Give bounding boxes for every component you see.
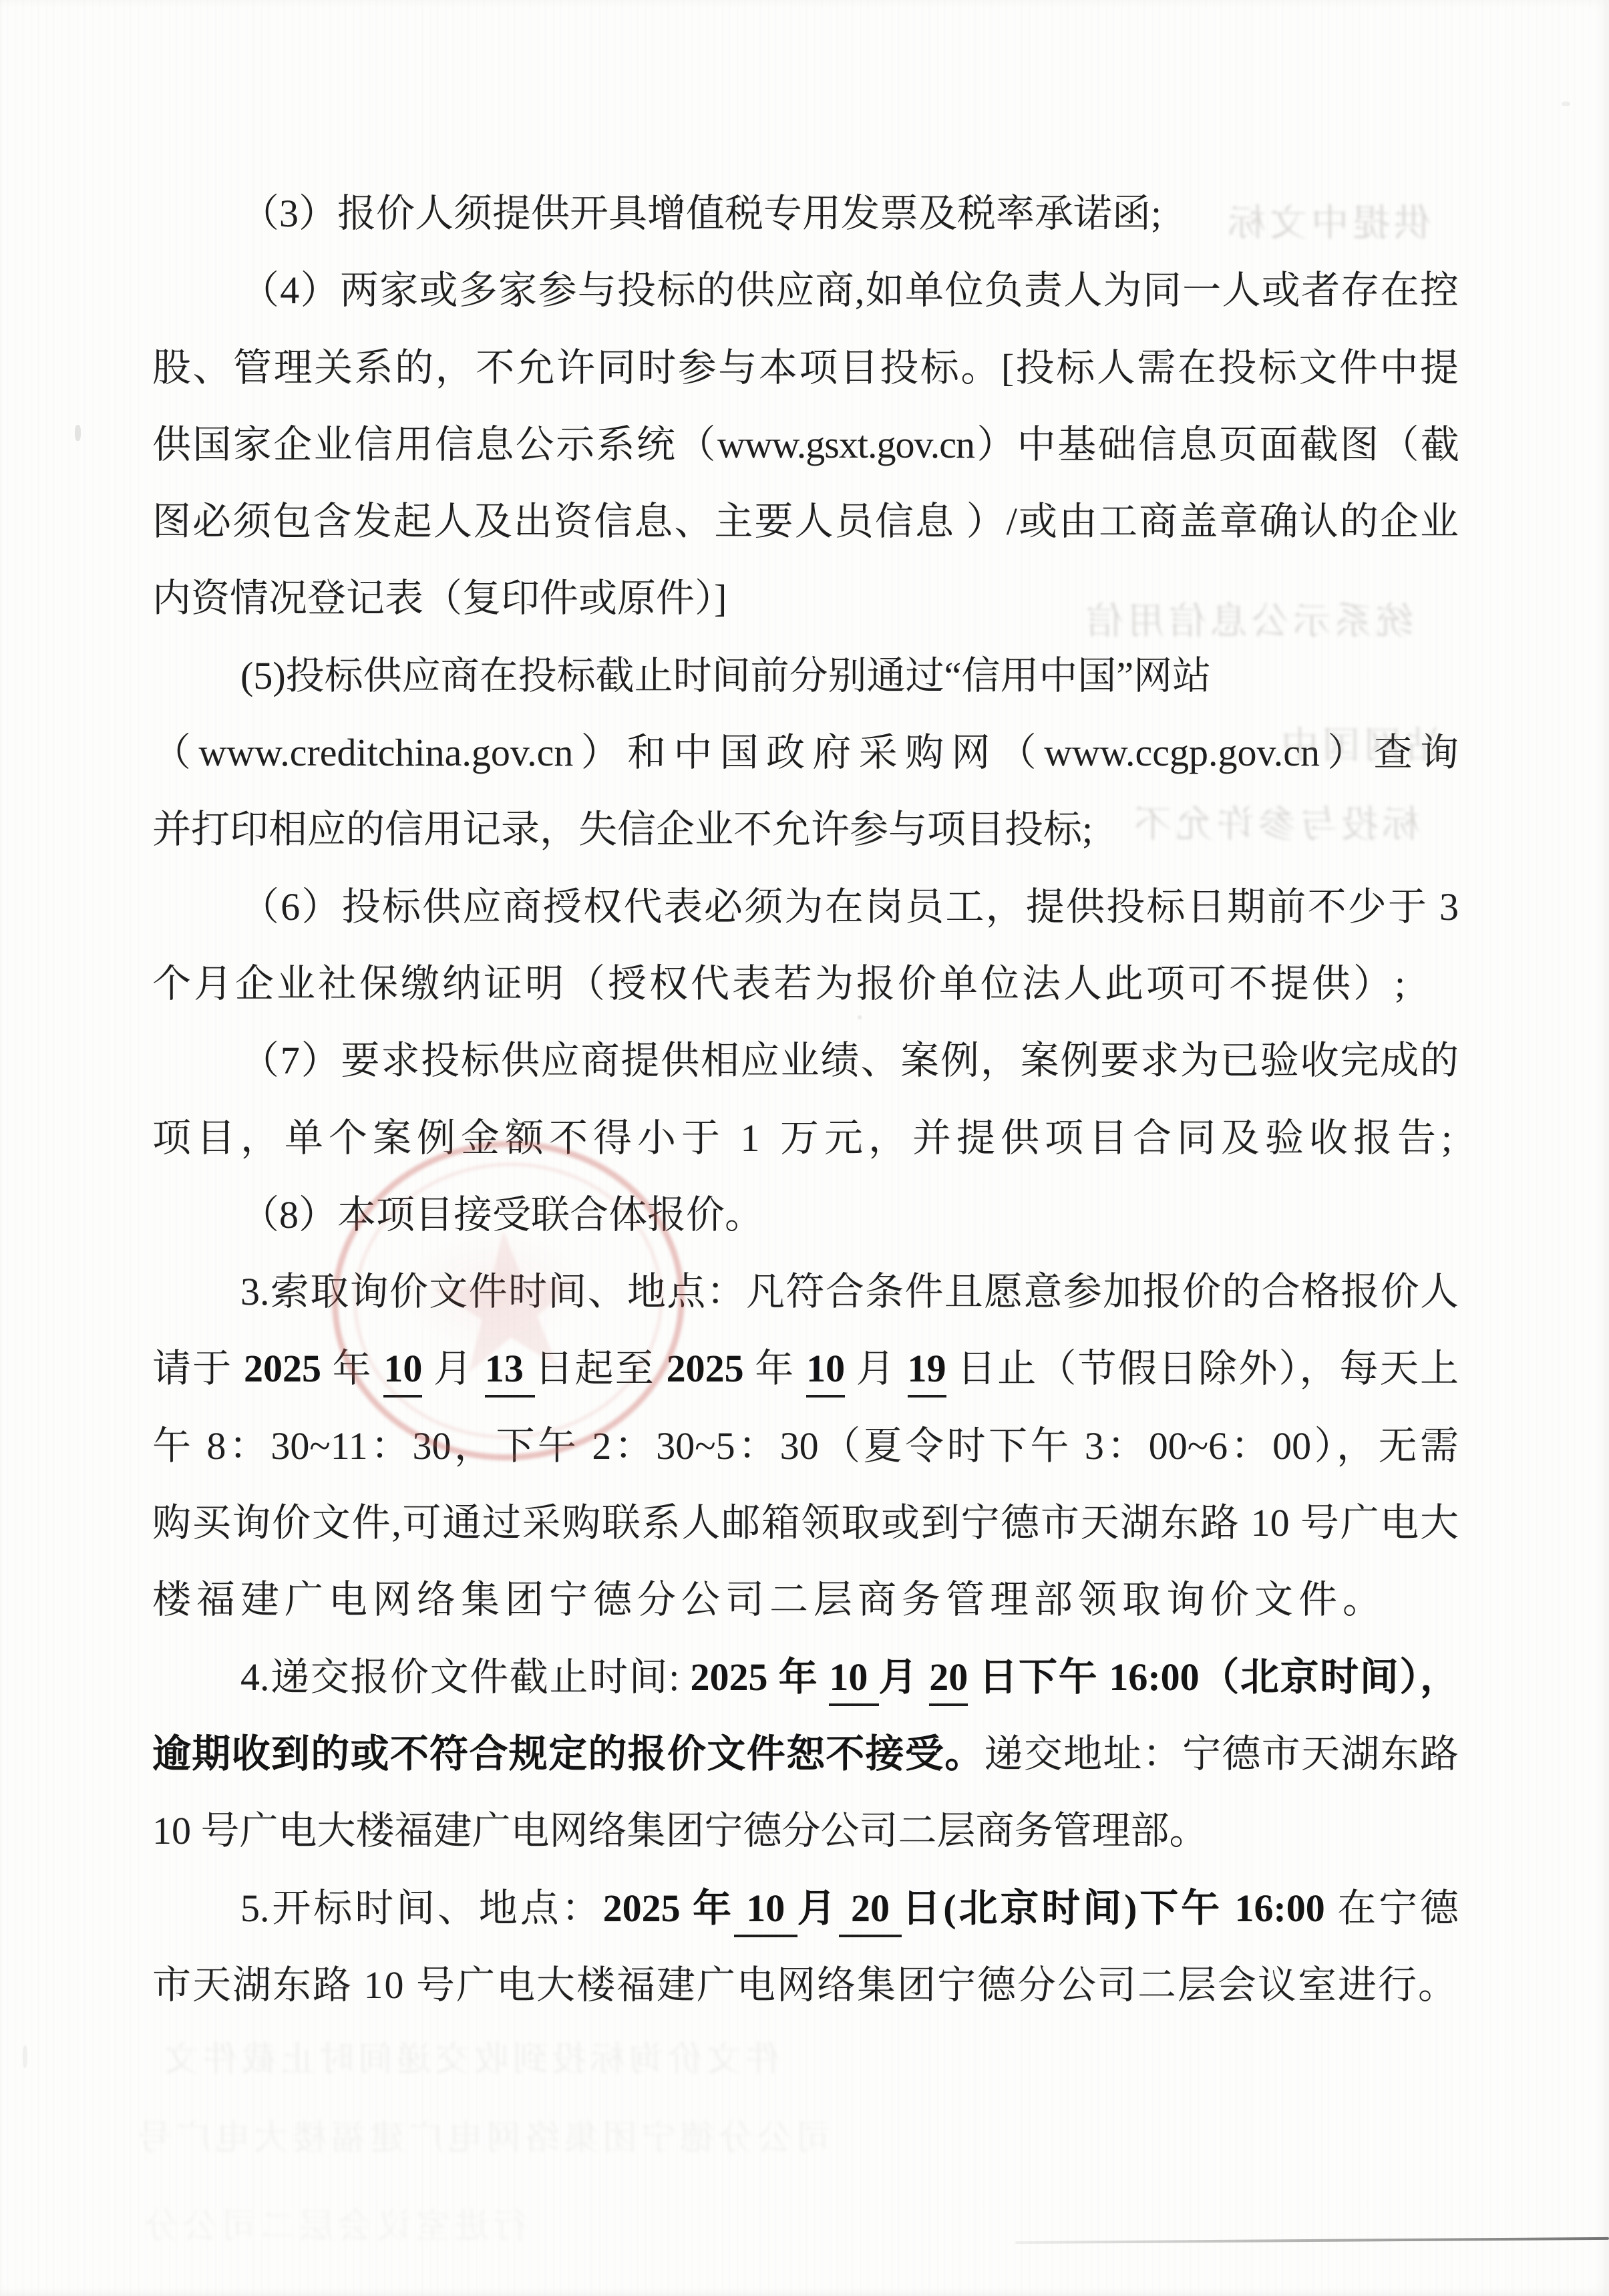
text-line: （www.creditchina.gov.cn）和中国政府采购网（www.ccg… <box>152 714 1459 791</box>
text-line: 5.开标时间、地点：2025 年 10 月 20 日(北京时间)下午 16:00… <box>152 1870 1459 1947</box>
text-segment: 10 号广电大楼福建广电网络集团宁德分公司二层商务管理部。 <box>152 1809 1208 1852</box>
text-segment: 月 <box>422 1347 484 1390</box>
text-segment: （8）本项目接受联合体报价。 <box>240 1193 763 1237</box>
text-line: 请于 2025 年 10 月 13 日起至 2025 年 10 月 19 日止（… <box>152 1330 1459 1407</box>
text-segment: 13 <box>485 1347 535 1398</box>
text-segment: 购买询价文件,可通过采购联系人邮箱领取或到宁德市天湖东路 10 号广电大 <box>152 1501 1459 1544</box>
text-segment: （3）报价人须提供开具增值税专用发票及税率承诺函; <box>240 192 1161 235</box>
text-segment: 10 <box>734 1887 797 1937</box>
text-segment: 请于 <box>152 1347 244 1390</box>
text-segment: 日止（节假日除外），每天上 <box>946 1347 1459 1390</box>
text-segment: 项目，单个案例金额不得小于 1 万元，并提供项目合同及验收报告; <box>152 1116 1457 1160</box>
text-segment: 日下午 16:00（北京时间）， <box>968 1655 1459 1699</box>
text-line: 购买询价文件,可通过采购联系人邮箱领取或到宁德市天湖东路 10 号广电大 <box>152 1484 1459 1561</box>
text-line: 楼福建广电网络集团宁德分公司二层商务管理部领取询价文件。 <box>152 1561 1459 1638</box>
text-line: 午 8：30~11：30，下午 2：30~5：30（夏令时下午 3：00~6：0… <box>152 1408 1459 1484</box>
text-segment: （7）要求投标供应商提供相应业绩、案例，案例要求为已验收完成的 <box>240 1039 1459 1082</box>
scan-speck <box>858 1015 862 1019</box>
document-page: （3）报价人须提供开具增值税专用发票及税率承诺函;（4）两家或多家参与投标的供应… <box>0 0 1609 2296</box>
text-line: （3）报价人须提供开具增值税专用发票及税率承诺函; <box>152 175 1459 252</box>
text-segment: 2025 <box>667 1347 744 1390</box>
scan-speck <box>75 425 81 441</box>
text-segment: 4.递交报价文件截止时间: <box>240 1655 691 1699</box>
text-line: 图必须包含发起人及出资信息、主要人员信息 ）/或由工商盖章确认的企业 <box>152 483 1459 560</box>
text-segment: 月 <box>879 1655 930 1699</box>
text-segment: （6）投标供应商授权代表必须为在岗员工，提供投标日期前不少于 3 <box>240 885 1459 929</box>
text-segment: 个月企业社保缴纳证明（授权代表若为报价单位法人此项可不提供）; <box>152 962 1408 1005</box>
ghost-text: 行进室议会层二司公分 <box>140 2198 528 2248</box>
text-segment: 市天湖东路 10 号广电大楼福建广电网络集团宁德分公司二层会议室进行。 <box>152 1963 1458 2007</box>
text-segment: 图必须包含发起人及出资信息、主要人员信息 ）/或由工商盖章确认的企业 <box>152 500 1459 543</box>
scan-speck <box>23 2045 27 2068</box>
text-line: 股、管理关系的，不允许同时参与本项目投标。[投标人需在投标文件中提 <box>152 329 1459 406</box>
text-segment: 午 8：30~11：30，下午 2：30~5：30（夏令时下午 3：00~6：0… <box>152 1424 1459 1468</box>
text-line: 3.索取询价文件时间、地点：凡符合条件且愿意参加报价的合格报价人 <box>152 1253 1459 1330</box>
text-segment: 日起至 <box>535 1347 667 1390</box>
text-line: 供国家企业信用信息公示系统（www.gsxt.gov.cn）中基础信息页面截图（… <box>152 406 1459 483</box>
text-segment: 供国家企业信用信息公示系统（www.gsxt.gov.cn）中基础信息页面截图（… <box>152 423 1459 466</box>
ghost-text: 件文价询标投到收交递间时止截件文 <box>160 2031 780 2081</box>
text-segment: 10 <box>806 1347 845 1398</box>
text-segment: 年 <box>321 1347 383 1390</box>
text-segment: (5)投标供应商在投标截止时间前分别通过“信用中国”网站 <box>240 654 1211 697</box>
text-segment: （www.creditchina.gov.cn）和中国政府采购网（www.ccg… <box>152 731 1459 774</box>
text-segment: 月 <box>845 1347 907 1390</box>
text-line: 并打印相应的信用记录，失信企业不允许参与项目投标; <box>152 791 1459 868</box>
text-segment: 在宁德 <box>1337 1887 1459 1930</box>
text-segment: 逾期收到的或不符合规定的报价文件恕不接受。 <box>152 1732 985 1776</box>
text-line: 项目，单个案例金额不得小于 1 万元，并提供项目合同及验收报告; <box>152 1100 1459 1176</box>
text-line: （8）本项目接受联合体报价。 <box>152 1176 1459 1253</box>
text-line: 市天湖东路 10 号广电大楼福建广电网络集团宁德分公司二层会议室进行。 <box>152 1947 1459 2023</box>
text-segment: 楼福建广电网络集团宁德分公司二层商务管理部领取询价文件。 <box>152 1578 1387 1621</box>
text-segment: 年 <box>744 1347 806 1390</box>
text-segment: 3.索取询价文件时间、地点：凡符合条件且愿意参加报价的合格报价人 <box>240 1270 1459 1313</box>
text-segment: 10 <box>383 1347 422 1398</box>
text-segment: 2025 年 <box>691 1655 830 1699</box>
text-line: 4.递交报价文件截止时间: 2025 年 10 月 20 日下午 16:00（北… <box>152 1639 1459 1715</box>
ghost-text: 司公分德宁团集络网电广建福楼大电广号 <box>134 2110 831 2160</box>
text-segment: （4）两家或多家参与投标的供应商,如单位负责人为同一人或者存在控 <box>240 269 1459 312</box>
text-block: （3）报价人须提供开具增值税专用发票及税率承诺函;（4）两家或多家参与投标的供应… <box>152 175 1459 2023</box>
text-line: 逾期收到的或不符合规定的报价文件恕不接受。递交地址：宁德市天湖东路 <box>152 1715 1459 1792</box>
text-line: （4）两家或多家参与投标的供应商,如单位负责人为同一人或者存在控 <box>152 252 1459 329</box>
text-segment: 20 <box>839 1887 902 1937</box>
text-line: 个月企业社保缴纳证明（授权代表若为报价单位法人此项可不提供）; <box>152 945 1459 1022</box>
text-segment: 月 <box>797 1887 839 1930</box>
text-line: (5)投标供应商在投标截止时间前分别通过“信用中国”网站 <box>152 637 1459 714</box>
text-segment: 19 <box>908 1347 946 1398</box>
text-line: （7）要求投标供应商提供相应业绩、案例，案例要求为已验收完成的 <box>152 1022 1459 1099</box>
text-line: 10 号广电大楼福建广电网络集团宁德分公司二层商务管理部。 <box>152 1792 1459 1869</box>
text-line: （6）投标供应商授权代表必须为在岗员工，提供投标日期前不少于 3 <box>152 868 1459 945</box>
text-segment: 2025 年 <box>603 1887 734 1930</box>
text-line: 内资情况登记表（复印件或原件）] <box>152 560 1459 637</box>
scan-artifact-line <box>1015 2237 1609 2244</box>
text-segment: 股、管理关系的，不允许同时参与本项目投标。[投标人需在投标文件中提 <box>152 346 1459 389</box>
text-segment: 并打印相应的信用记录，失信企业不允许参与项目投标; <box>152 808 1093 851</box>
text-segment: 日(北京时间)下午 16:00 <box>902 1887 1337 1930</box>
text-segment: 10 <box>829 1655 878 1706</box>
text-segment: 内资情况登记表（复印件或原件）] <box>152 577 727 620</box>
scan-speck <box>1562 102 1570 106</box>
text-segment: 20 <box>929 1655 968 1706</box>
text-segment: 2025 <box>244 1347 321 1390</box>
text-segment: 递交地址：宁德市天湖东路 <box>985 1732 1459 1776</box>
text-segment: 5.开标时间、地点： <box>240 1887 603 1930</box>
